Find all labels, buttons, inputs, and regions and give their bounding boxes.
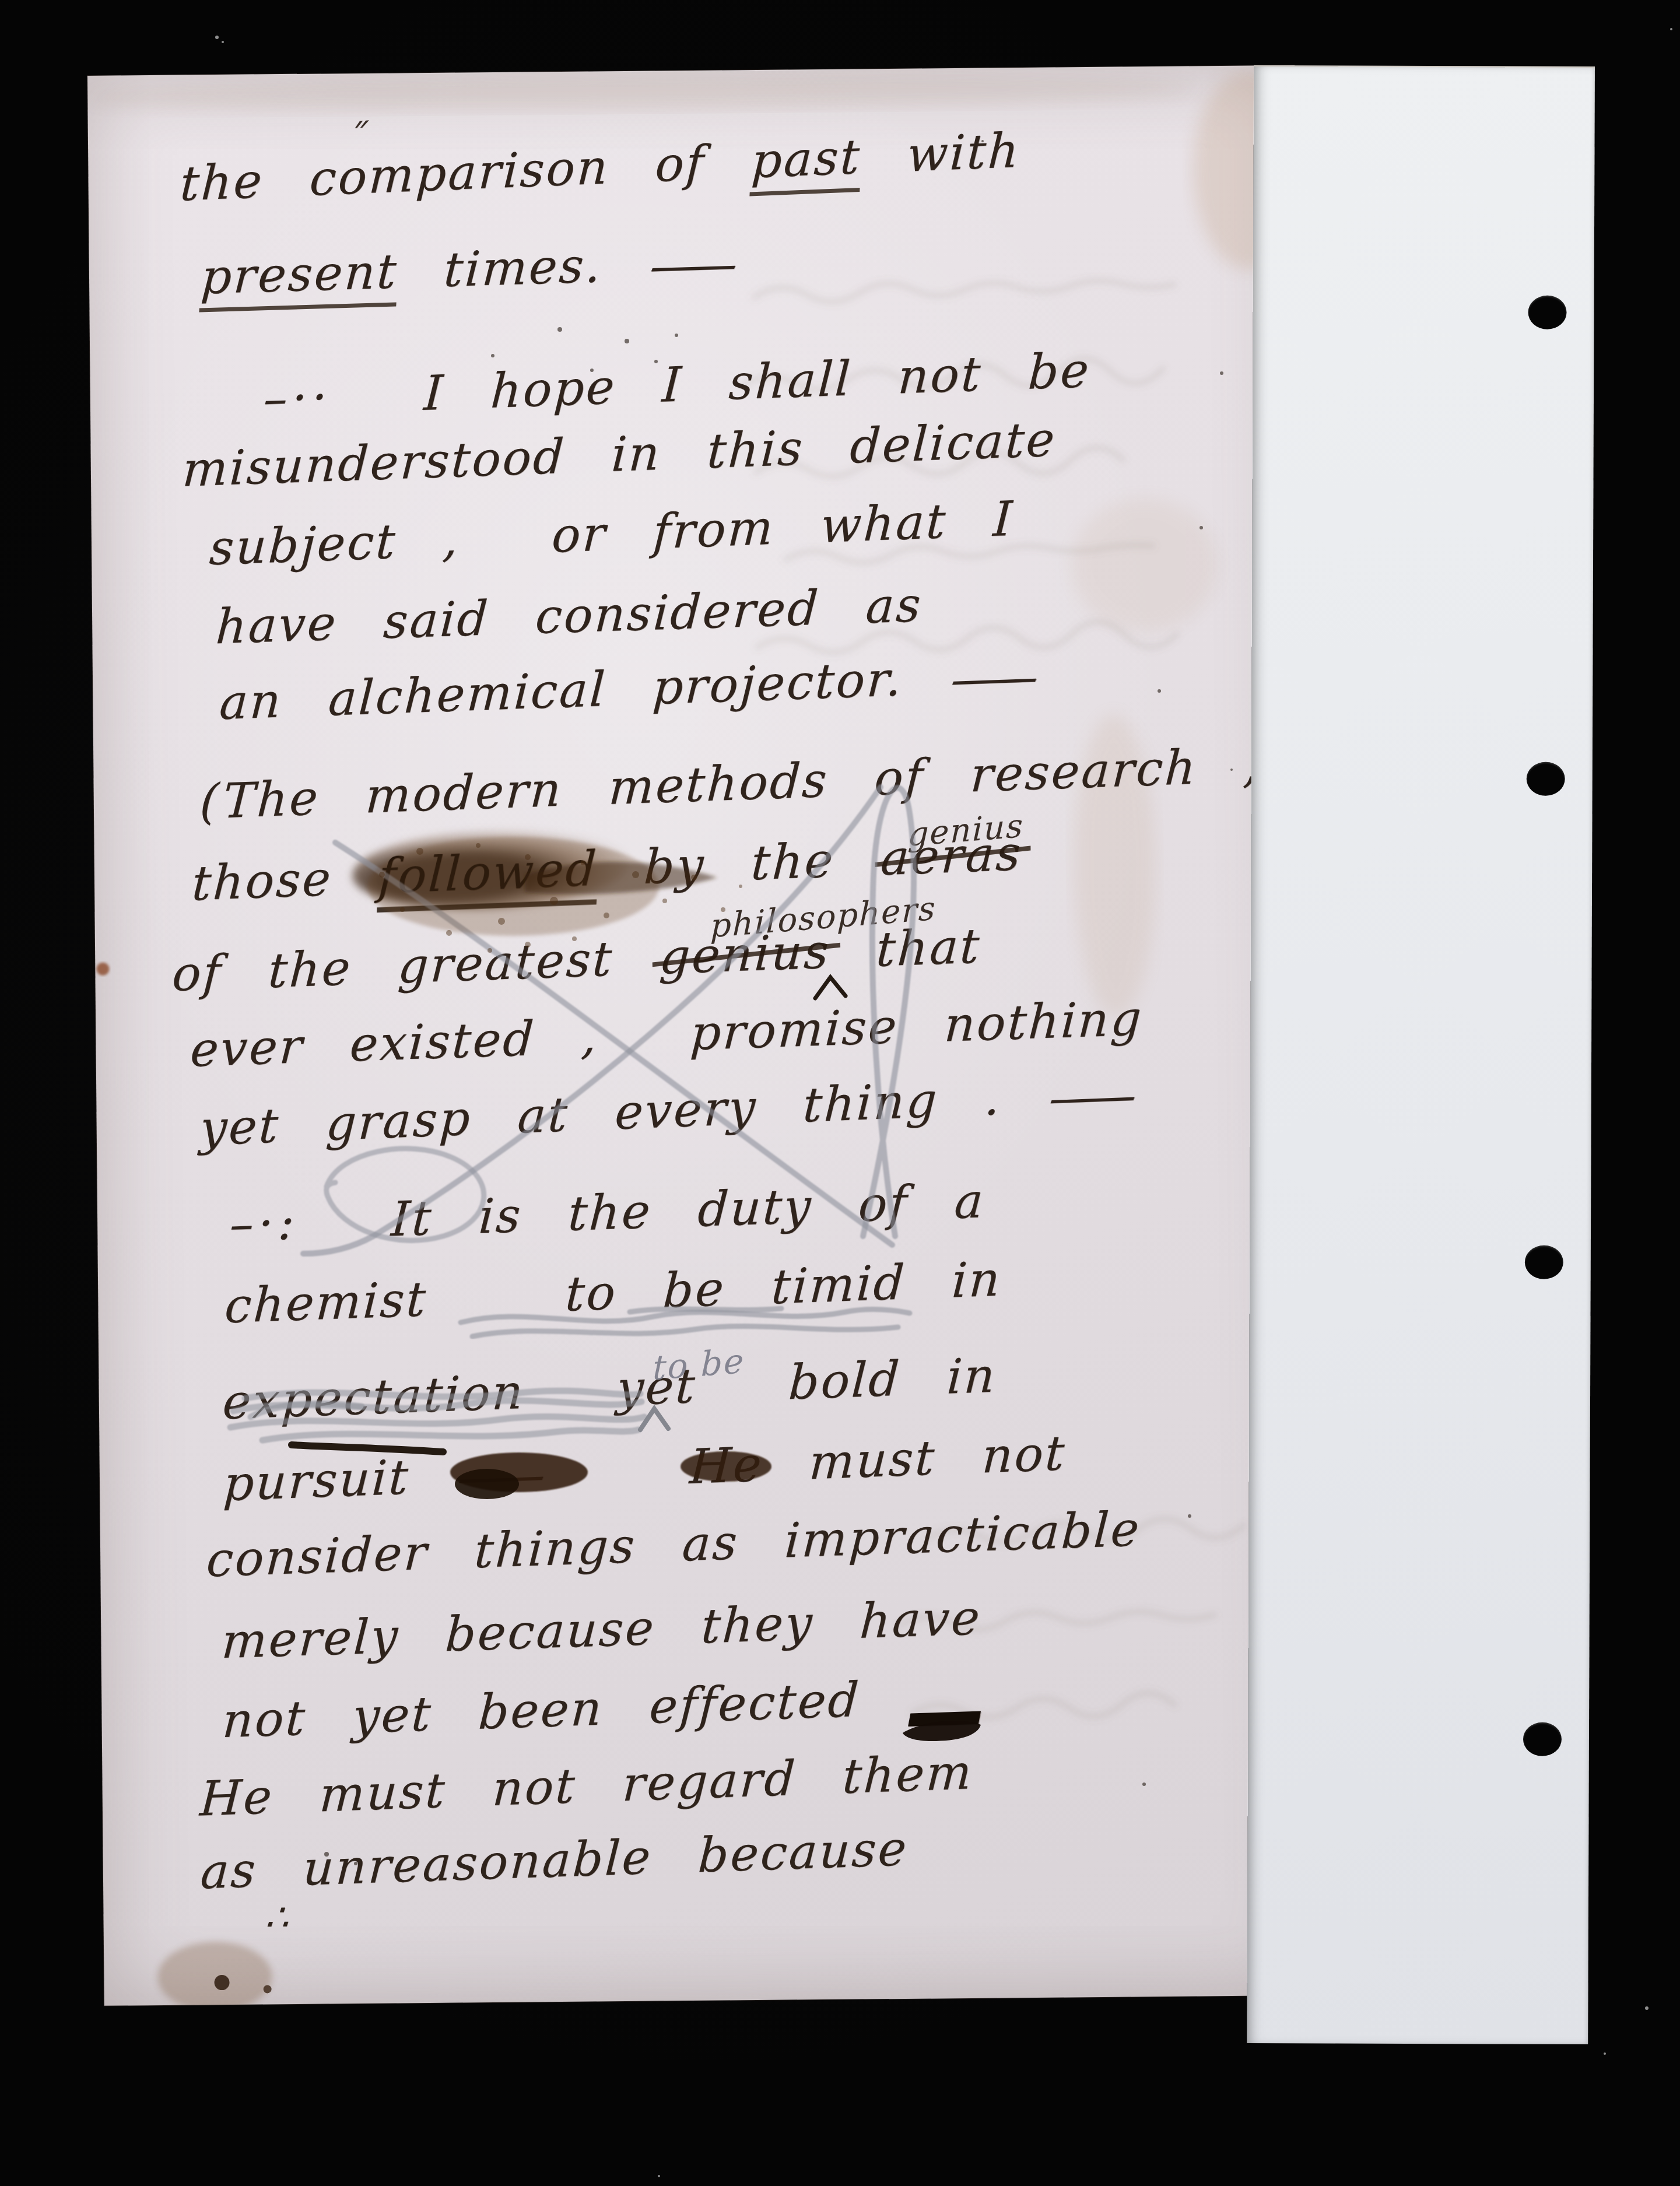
handwriting-text: pursuit [222, 1448, 457, 1512]
handwriting-blot: followed [377, 841, 599, 913]
handwriting-mark: ∴ [263, 1896, 295, 1939]
handwriting-dash: — [948, 649, 1044, 708]
hole-punched-strip [1247, 65, 1595, 2044]
manuscript-line: ∴ [263, 1896, 295, 1939]
handwriting-mark: ( [198, 774, 225, 830]
handwriting-dash: — [647, 236, 744, 294]
handwriting-scribble: expectation [221, 1364, 526, 1430]
handwriting-text [523, 1361, 618, 1420]
punch-hole [1523, 1722, 1562, 1756]
archive-photograph: the comparison of past with˝present time… [0, 0, 1680, 2186]
interlinear-insertion: ˝ [347, 116, 368, 161]
interlinear-insertion: to be [653, 1341, 745, 1388]
handwriting-mark: –·· [262, 369, 333, 427]
photograph-background: { "palette": { "background": "#060606", … [0, 0, 1680, 2186]
handwriting-underline: present [199, 244, 399, 312]
handwriting-dash: — [454, 1447, 551, 1506]
fingerprint-stain [157, 1941, 272, 2006]
punch-hole [1527, 762, 1565, 796]
handwriting-dash: — [1046, 1067, 1143, 1126]
handwriting-text: those [191, 850, 380, 912]
handwriting-text: times. [397, 237, 650, 300]
handwriting-underline: past [750, 129, 862, 197]
handwriting-mark: –·: [228, 1195, 300, 1252]
handwriting-text: with [860, 123, 1022, 185]
handwriting-text: by the [597, 831, 882, 897]
manuscript-page: the comparison of past with˝present time… [87, 65, 1311, 2006]
punch-hole [1528, 296, 1566, 329]
punch-hole [1525, 1245, 1563, 1279]
